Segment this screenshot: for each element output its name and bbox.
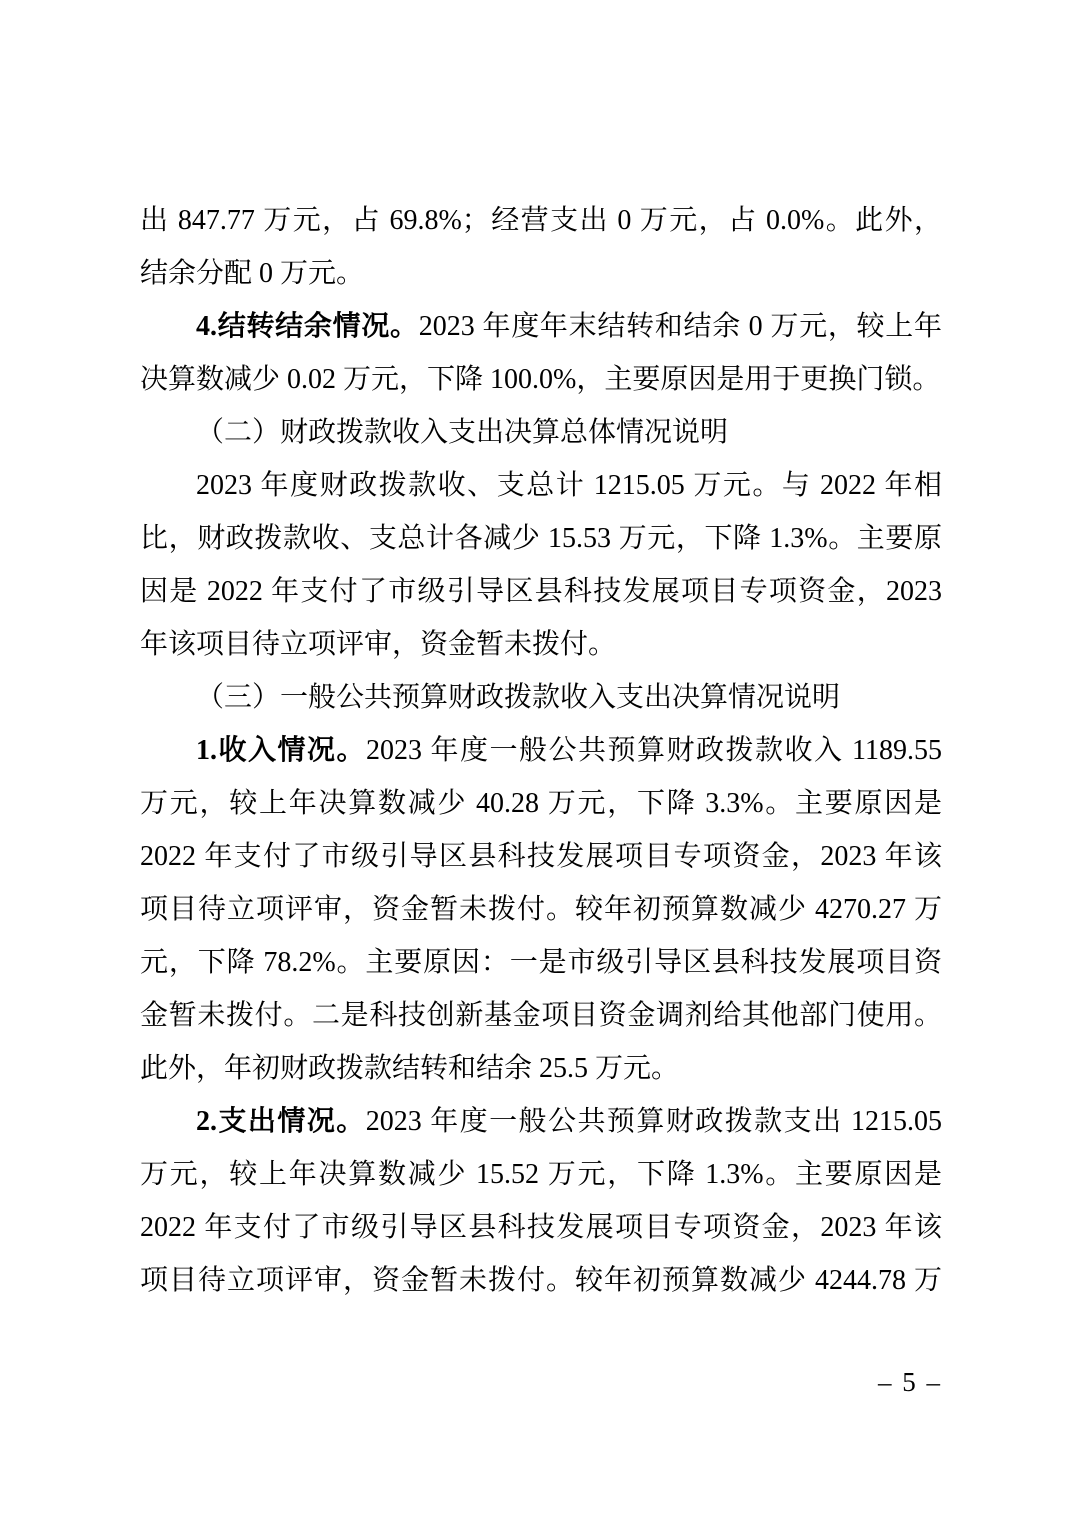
text-line: 2023 年度财政拨款收、支总计 1215.05 万元。与 2022 年相 — [140, 459, 942, 512]
text-run: 年该项目待立项评审，资金暂未拨付。 — [140, 629, 616, 660]
text-run: 元，下降 78.2%。主要原因：一是市级引导区县科技发展项目资 — [140, 947, 942, 978]
text-line: 元，下降 78.2%。主要原因：一是市级引导区县科技发展项目资 — [140, 936, 942, 989]
text-run: 结余分配 0 万元。 — [140, 258, 364, 289]
text-run: 2022 年支付了市级引导区县科技发展项目专项资金，2023 年该 — [140, 1212, 942, 1243]
text-run: 项目待立项评审，资金暂未拨付。较年初预算数减少 4244.78 万 — [140, 1265, 942, 1296]
text-run: 2023 年度一般公共预算财政拨款收入 1189.55 — [366, 735, 942, 766]
text-line: 2022 年支付了市级引导区县科技发展项目专项资金，2023 年该 — [140, 830, 942, 883]
text-run: 此外，年初财政拨款结转和结余 25.5 万元。 — [140, 1053, 679, 1084]
text-run: （二）财政拨款收入支出决算总体情况说明 — [196, 417, 728, 448]
text-line: 4.结转结余情况。2023 年度年末结转和结余 0 万元，较上年 — [140, 300, 942, 353]
text-run: 2023 年度年末结转和结余 0 万元，较上年 — [419, 311, 942, 342]
text-line: 因是 2022 年支付了市级引导区县科技发展项目专项资金，2023 — [140, 565, 942, 618]
text-line: 万元，较上年决算数减少 15.52 万元，下降 1.3%。主要原因是 — [140, 1148, 942, 1201]
text-line: 项目待立项评审，资金暂未拨付。较年初预算数减少 4244.78 万 — [140, 1254, 942, 1307]
document-body: 出 847.77 万元，占 69.8%；经营支出 0 万元，占 0.0%。此外，… — [140, 194, 942, 1307]
text-run: 决算数减少 0.02 万元，下降 100.0%，主要原因是用于更换门锁。 — [140, 364, 940, 395]
text-line: 2022 年支付了市级引导区县科技发展项目专项资金，2023 年该 — [140, 1201, 942, 1254]
heading-run: 4.结转结余情况。 — [196, 311, 419, 342]
document-page: 出 847.77 万元，占 69.8%；经营支出 0 万元，占 0.0%。此外，… — [0, 0, 1075, 1520]
text-run: （三）一般公共预算财政拨款收入支出决算情况说明 — [196, 682, 840, 713]
text-line: 比，财政拨款收、支总计各减少 15.53 万元，下降 1.3%。主要原 — [140, 512, 942, 565]
text-run: 项目待立项评审，资金暂未拨付。较年初预算数减少 4270.27 万 — [140, 894, 942, 925]
text-run: 2022 年支付了市级引导区县科技发展项目专项资金，2023 年该 — [140, 841, 942, 872]
text-run: 出 847.77 万元，占 69.8%；经营支出 0 万元，占 0.0%。此外， — [140, 205, 942, 236]
text-run: 2023 年度财政拨款收、支总计 1215.05 万元。与 2022 年相 — [196, 470, 942, 501]
text-run: 2023 年度一般公共预算财政拨款支出 1215.05 — [366, 1106, 942, 1137]
text-line: 结余分配 0 万元。 — [140, 247, 942, 300]
text-line: 年该项目待立项评审，资金暂未拨付。 — [140, 618, 942, 671]
text-line: 决算数减少 0.02 万元，下降 100.0%，主要原因是用于更换门锁。 — [140, 353, 942, 406]
text-run: 比，财政拨款收、支总计各减少 15.53 万元，下降 1.3%。主要原 — [140, 523, 942, 554]
text-line: 1.收入情况。2023 年度一般公共预算财政拨款收入 1189.55 — [140, 724, 942, 777]
text-run: 万元，较上年决算数减少 15.52 万元，下降 1.3%。主要原因是 — [140, 1159, 942, 1190]
text-line: 万元，较上年决算数减少 40.28 万元，下降 3.3%。主要原因是 — [140, 777, 942, 830]
text-line: 出 847.77 万元，占 69.8%；经营支出 0 万元，占 0.0%。此外， — [140, 194, 942, 247]
page-number: – 5 – — [878, 1362, 942, 1402]
heading-run: 2.支出情况。 — [196, 1106, 366, 1137]
text-run: 因是 2022 年支付了市级引导区县科技发展项目专项资金，2023 — [140, 576, 942, 607]
text-line: 金暂未拨付。二是科技创新基金项目资金调剂给其他部门使用。 — [140, 989, 942, 1042]
text-line: 此外，年初财政拨款结转和结余 25.5 万元。 — [140, 1042, 942, 1095]
text-line: 项目待立项评审，资金暂未拨付。较年初预算数减少 4270.27 万 — [140, 883, 942, 936]
heading-run: 1.收入情况。 — [196, 735, 366, 766]
text-line: 2.支出情况。2023 年度一般公共预算财政拨款支出 1215.05 — [140, 1095, 942, 1148]
text-line: （三）一般公共预算财政拨款收入支出决算情况说明 — [140, 671, 942, 724]
text-line: （二）财政拨款收入支出决算总体情况说明 — [140, 406, 942, 459]
text-run: 金暂未拨付。二是科技创新基金项目资金调剂给其他部门使用。 — [140, 1000, 942, 1031]
text-run: 万元，较上年决算数减少 40.28 万元，下降 3.3%。主要原因是 — [140, 788, 942, 819]
